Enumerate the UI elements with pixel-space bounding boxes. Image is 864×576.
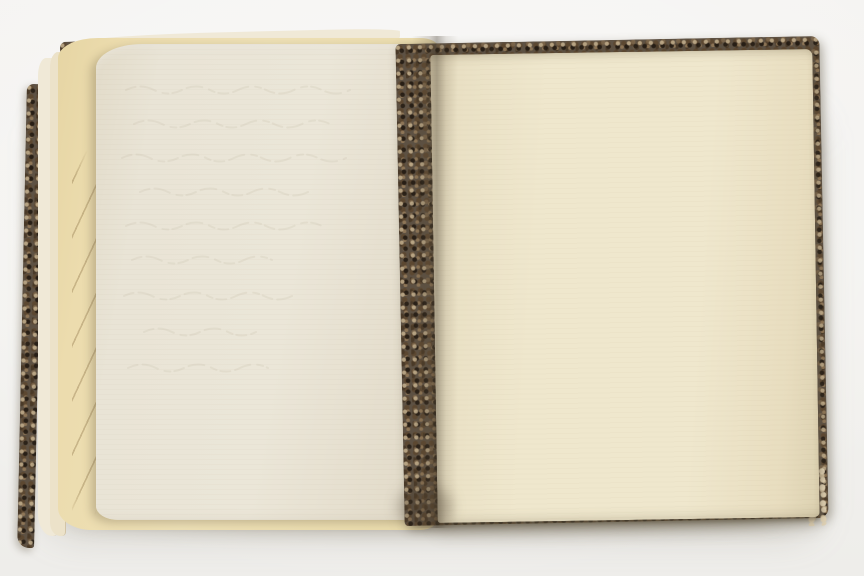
gutter-shadow — [412, 36, 458, 528]
right-page: Receipts & Payments from Octr 14th 1834 … — [430, 49, 819, 523]
faint-handwriting-column — [72, 150, 96, 516]
gutter-bottom-shadow — [398, 486, 452, 528]
ink-showthrough-scribbles — [114, 72, 414, 412]
left-blank-page — [96, 44, 437, 520]
photograph-open-account-book: Receipts & Payments from Octr 14th 1834 … — [0, 0, 864, 576]
